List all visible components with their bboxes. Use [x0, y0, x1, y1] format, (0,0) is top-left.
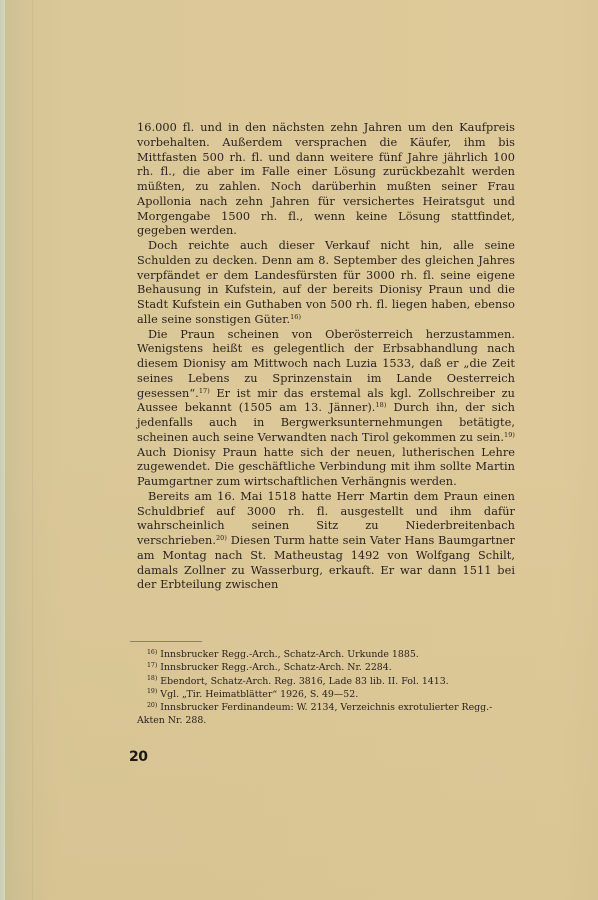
- footnote: 18)Ebendort, Schatz-Arch. Reg. 3816, Lad…: [137, 675, 515, 688]
- body-text: 16.000 fl. und in den nächsten zehn Jahr…: [137, 121, 515, 593]
- footnote-text: Vgl. „Tir. Heimatblätter“ 1926, S. 49—52…: [160, 689, 358, 700]
- paragraph: 16.000 fl. und in den nächsten zehn Jahr…: [137, 121, 515, 239]
- footnote-reference: 16): [290, 313, 301, 321]
- footnote-number: 18): [147, 675, 157, 682]
- footnote: 16)Innsbrucker Regg.-Arch., Schatz-Arch.…: [137, 648, 515, 661]
- footnote-reference: 20): [216, 534, 227, 542]
- footnote-text: Innsbrucker Ferdinandeum: W. 2134, Verze…: [137, 702, 492, 726]
- footnote-number: 16): [147, 649, 157, 656]
- footnote-text: Innsbrucker Regg.-Arch., Schatz-Arch. Nr…: [160, 662, 391, 673]
- footnote-reference: 19): [504, 431, 515, 439]
- paragraph-text: 16.000 fl. und in den nächsten zehn Jahr…: [137, 121, 515, 237]
- footnote-number: 19): [147, 688, 157, 695]
- footnote-text: Ebendort, Schatz-Arch. Reg. 3816, Lade 8…: [160, 676, 448, 687]
- footnote-number: 17): [147, 662, 157, 669]
- paragraph-text: Auch Dionisy Praun hatte sich der neuen,…: [137, 446, 515, 489]
- paragraph: Die Praun scheinen von Oberösterreich he…: [137, 328, 515, 490]
- footnote-text: Innsbrucker Regg.-Arch., Schatz-Arch. Ur…: [160, 649, 418, 660]
- footnote: 19)Vgl. „Tir. Heimatblätter“ 1926, S. 49…: [137, 688, 515, 701]
- footnote-number: 20): [147, 702, 157, 709]
- paragraph: Doch reichte auch dieser Verkauf nicht h…: [137, 239, 515, 328]
- footnote: 17)Innsbrucker Regg.-Arch., Schatz-Arch.…: [137, 661, 515, 674]
- footnote-reference: 17): [199, 387, 210, 395]
- footnote-reference: 18): [375, 401, 386, 409]
- footnote-separator-rule: [130, 641, 202, 642]
- paragraph: Bereits am 16. Mai 1518 hatte Herr Marti…: [137, 490, 515, 593]
- paragraph-text: Doch reichte auch dieser Verkauf nicht h…: [137, 239, 515, 326]
- footnote: 20)Innsbrucker Ferdinandeum: W. 2134, Ve…: [137, 701, 515, 728]
- page-fold-shadow: [32, 0, 33, 900]
- footnotes: 16)Innsbrucker Regg.-Arch., Schatz-Arch.…: [137, 648, 515, 728]
- page-binding-edge: [0, 0, 5, 900]
- page-number: 20: [129, 749, 147, 765]
